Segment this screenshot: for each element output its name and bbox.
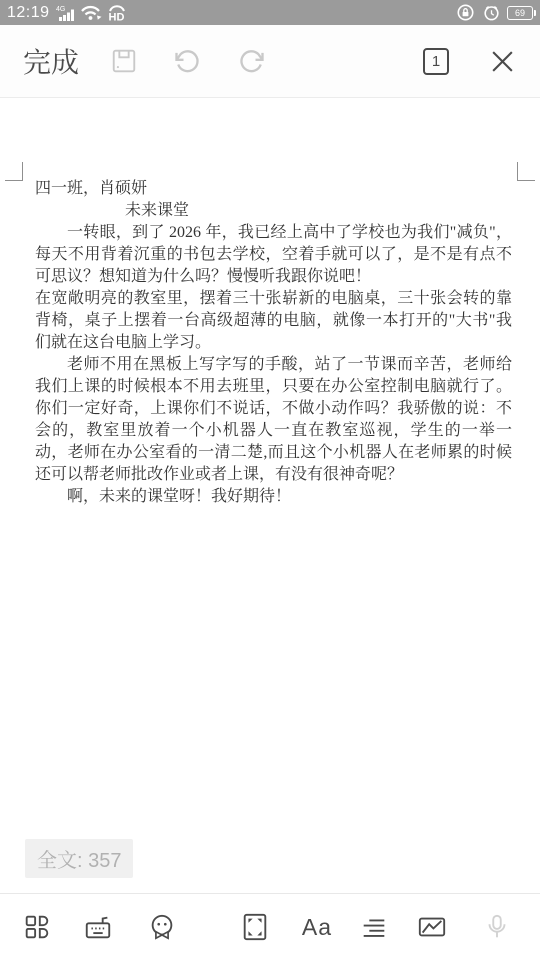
document-title: 未来课堂 [35, 200, 512, 222]
signal-strength-icon: 4G [56, 4, 76, 22]
insert-image-icon [417, 912, 447, 942]
done-button[interactable]: 完成 [23, 41, 79, 81]
hd-call-icon: HD [106, 4, 128, 22]
battery-percent-label: 69 [515, 8, 525, 18]
redo-icon [238, 47, 266, 75]
redo-button[interactable] [237, 46, 267, 76]
tools-grid-button[interactable] [21, 911, 53, 943]
font-format-icon: Aa [302, 914, 332, 941]
word-count-badge: 全文: 357 [25, 839, 133, 878]
undo-button[interactable] [172, 46, 202, 76]
fit-page-icon [240, 912, 270, 942]
alarm-clock-icon [483, 4, 500, 21]
wifi-icon [80, 4, 102, 21]
network-type-label: 4G [56, 6, 65, 13]
document-paragraph: 老师不用在黑板上写字写的手酸，站了一节课而辛苦，老师给我们上课的时候根本不用去班… [35, 354, 512, 486]
assistant-button[interactable] [146, 911, 178, 943]
close-icon [489, 48, 516, 75]
page-number-label: 1 [432, 53, 440, 70]
rotation-lock-icon [457, 4, 474, 21]
paragraph-format-icon [359, 912, 389, 942]
insert-image-button[interactable] [416, 911, 448, 943]
editor-toolbar: 完成 1 [0, 25, 540, 98]
keyboard-icon [83, 912, 113, 942]
document-byline: 四一班，肖硕妍 [35, 178, 512, 200]
document-paragraph: 在宽敞明亮的教室里，摆着三十张崭新的电脑桌，三十张会转的靠背椅，桌子上摆着一台高… [35, 288, 512, 354]
fit-page-button[interactable] [239, 911, 271, 943]
microphone-icon [482, 912, 512, 942]
status-bar-right: 69 [455, 4, 533, 21]
bottom-toolbar: Aa [0, 893, 540, 960]
status-bar: 12:19 4G HD [0, 0, 540, 25]
font-format-button[interactable]: Aa [301, 911, 333, 943]
close-button[interactable] [487, 46, 517, 76]
document-paragraph: 啊，未来的课堂呀！我好期待！ [35, 486, 512, 508]
page-indicator-button[interactable]: 1 [423, 48, 449, 75]
page-margin-mark-left [5, 162, 23, 181]
battery-indicator: 69 [507, 6, 533, 20]
save-icon [110, 47, 138, 75]
document-paragraph: 一转眼，到了 2026 年，我已经上高中了学校也为我们"减负"，每天不用背着沉重… [35, 222, 512, 288]
document-body[interactable]: 四一班，肖硕妍 未来课堂 一转眼，到了 2026 年，我已经上高中了学校也为我们… [35, 178, 512, 508]
hd-label: HD [108, 11, 124, 22]
undo-icon [173, 47, 201, 75]
page-margin-mark-right [517, 162, 535, 181]
assistant-face-icon [147, 912, 177, 942]
keyboard-button[interactable] [82, 911, 114, 943]
paragraph-format-button[interactable] [358, 911, 390, 943]
save-button[interactable] [109, 46, 139, 76]
grid-tools-icon [22, 912, 52, 942]
document-page[interactable]: 四一班，肖硕妍 未来课堂 一转眼，到了 2026 年，我已经上高中了学校也为我们… [0, 98, 540, 893]
app-screen: 12:19 4G HD [0, 0, 540, 960]
voice-input-button[interactable] [481, 911, 513, 943]
clock-text: 12:19 [7, 4, 50, 22]
